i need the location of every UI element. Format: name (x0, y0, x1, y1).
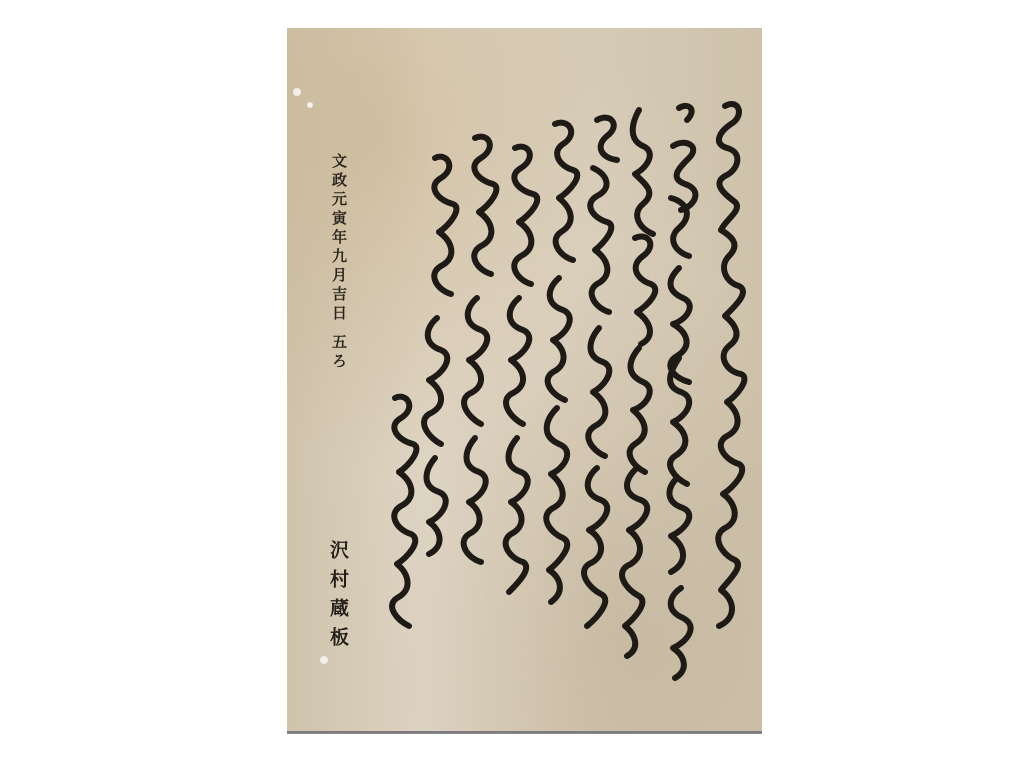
calligraphy-columns (287, 28, 762, 731)
colophon-suffix-text: 五ろ (330, 334, 348, 372)
colophon-date: 文政元寅年九月吉日五ろ (329, 153, 350, 372)
publisher-imprint: 沢村蔵板 (325, 540, 352, 656)
manuscript-page: 文政元寅年九月吉日五ろ 沢村蔵板 (287, 28, 762, 733)
colophon-date-text: 文政元寅年九月吉日 (330, 153, 348, 324)
